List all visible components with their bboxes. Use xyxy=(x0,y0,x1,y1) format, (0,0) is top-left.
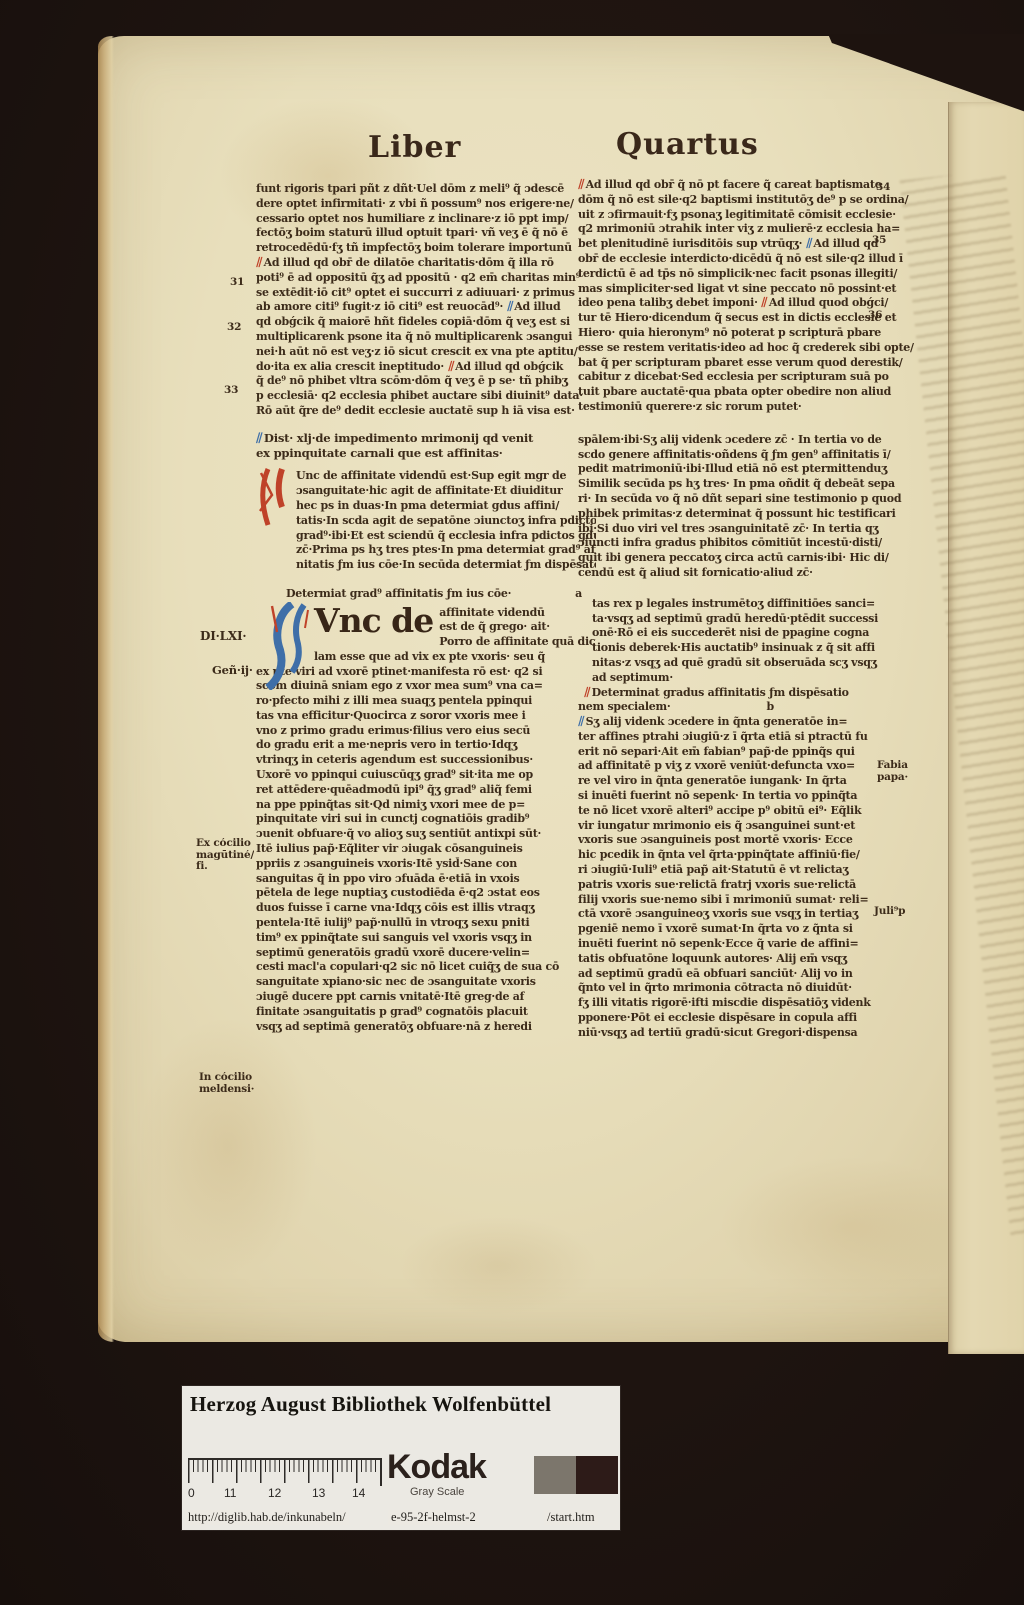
running-header-quartus: Quartus xyxy=(616,127,759,162)
right-block-4: ∥ Sʒ alij videnk ɔcedere in q̃nta genera… xyxy=(578,715,918,1041)
next-page-edge xyxy=(948,102,1024,1354)
left-body-block: ex pte viri ad vxorē ptinet·manifesta rō… xyxy=(256,665,596,1035)
digitized-book-photo: Liber Quartus funt rigoris tpari pñt z d… xyxy=(0,0,1024,1605)
gray-scale-patch-gray xyxy=(534,1456,576,1494)
catalog-url: http://diglib.hab.de/inkunabeln/ xyxy=(185,1510,349,1525)
red-rubric-initial-icon xyxy=(258,467,294,534)
gray-scale-patch-dark xyxy=(576,1456,618,1494)
section-heading-row: Determiat grad⁹ affinitatis ƒm ius cōe· … xyxy=(286,587,596,602)
margin-note-julius-papa: Juli⁹p xyxy=(874,906,905,918)
start-page-label: /start.htm xyxy=(544,1510,598,1525)
unc-de-affinitate-block: Unc de affinitate videndū est·Sup egit m… xyxy=(256,469,596,573)
page-stack-edge xyxy=(98,36,114,1342)
illuminated-initial-row: Vnc de affinitate videndūest de q̃ grego… xyxy=(256,606,596,635)
large-incipit-text: Vnc de xyxy=(314,606,433,636)
library-name-label: Herzog August Bibliothek Wolfenbüttel xyxy=(182,1386,620,1417)
margin-note-distinctio: DI·LXI· xyxy=(200,631,246,643)
margin-number-36: 36 xyxy=(868,310,882,322)
margin-number-35: 35 xyxy=(872,235,886,247)
foxing-stain xyxy=(398,1216,598,1316)
running-header-liber: Liber xyxy=(368,130,461,165)
kodak-grayscale-card: Herzog August Bibliothek Wolfenbüttel 01… xyxy=(182,1386,620,1530)
margin-note-council-meaux: In cóciliomeldensi· xyxy=(199,1072,254,1095)
left-block-1: funt rigoris tpari pñt z dñt·Uel dōm z m… xyxy=(256,182,596,419)
ruler-numbers: 011121314 xyxy=(188,1486,380,1500)
margin-number-33: 33 xyxy=(224,385,238,397)
margin-number-34: 34 xyxy=(876,182,890,194)
right-text-column: ∥ Ad illud qd obr̄ q̃ nō pt facere q̃ ca… xyxy=(578,178,918,1041)
margin-number-31: 31 xyxy=(230,277,244,289)
gray-scale-label: Gray Scale xyxy=(410,1486,464,1498)
signature-letter-b: b xyxy=(767,700,774,715)
right-subheading-line2: nem specialem·b xyxy=(578,700,918,715)
left-text-column: funt rigoris tpari pñt z dñt·Uel dōm z m… xyxy=(256,182,596,1034)
right-block-1: ∥ Ad illud qd obr̄ q̃ nō pt facere q̃ ca… xyxy=(578,178,918,415)
margin-number-32: 32 xyxy=(227,322,241,334)
margin-note-council-mainz: Ex cóciliomagūtiné/fi. xyxy=(196,838,254,873)
margin-note-fabian-papa: Fabiapapa· xyxy=(877,760,908,783)
blue-illuminated-initial-icon xyxy=(262,602,312,695)
foxing-stain xyxy=(718,1156,978,1296)
ruler-icon xyxy=(188,1458,382,1486)
kodak-logo: Kodak xyxy=(387,1448,486,1487)
section-heading: Determiat grad⁹ affinitatis ƒm ius cōe· xyxy=(286,587,511,602)
right-subheading: ∥ Determinat gradus affinitatis ƒm dispē… xyxy=(578,686,918,701)
foxing-stain xyxy=(138,1016,318,1276)
margin-note-genesis: Geñ·ij· xyxy=(212,665,253,677)
right-block-2: spālem·ibi·Sʒ alij videnk ɔcedere zc̄ · … xyxy=(578,433,918,581)
subheading-text: nem specialem· xyxy=(578,700,671,713)
shelfmark-label: e-95-2f-helmst-2 xyxy=(388,1510,479,1525)
distinctio-heading: ∥ Dist· xlj·de impedimento mrimonij qd v… xyxy=(256,431,596,461)
unc-block-lines: Unc de affinitate videndū est·Sup egit m… xyxy=(296,469,596,573)
right-block-3: tas rex p legales instrumētoʒ diffinitiō… xyxy=(578,597,918,686)
